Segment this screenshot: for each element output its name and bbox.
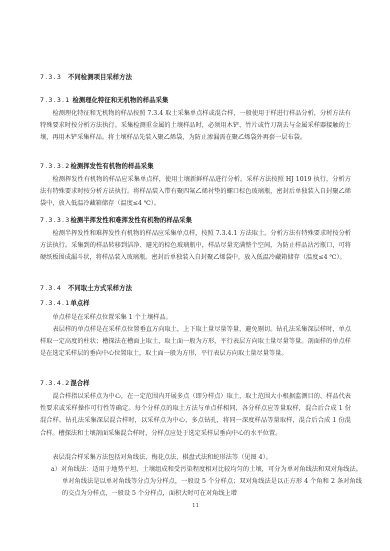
section-title: 不同取土方式采样方法 [68,285,132,292]
section-title: 混合样 [70,380,89,387]
paragraph-7-3-3-1: 检测理化特征和无机物的样品按照 7.3.4 取土采集单点样或混合样，一般使用于样… [40,108,351,145]
section-number: 7.3.3.1 [40,97,70,104]
section-title: 检测理化特征和无机物的样品采集 [72,97,168,104]
paragraph-7-3-4-1-b: 表层样的单点样是在采样点位置垂直方向取土，上下取土量尽量等量，避免剔切。钻孔法采… [40,324,351,361]
list-item-text: 适用于地势平坦、土壤组成和受污染程度相对比较均匀的土壤，可分为单对角线法和双对角… [62,466,362,497]
section-heading-7-3-3: 7.3.3不同检测项目采样方法 [40,72,132,81]
section-heading-7-3-3-3: 7.3.3.3检测半挥发性和难挥发性有机物的样品采集 [40,215,192,224]
section-heading-7-3-3-1: 7.3.3.1检测理化特征和无机物的样品采集 [40,95,168,104]
section-number: 7.3.4.2 [40,380,70,387]
paragraph-7-3-4-2-b: 表层混合样采集方法包括对角线法、梅花点法、棋盘式法和蛇形法等（见图 4）。 [40,452,351,464]
section-title: 不同检测项目采样方法 [68,74,132,81]
section-heading-7-3-4-1: 7.3.4.1单点样 [40,298,90,307]
section-title: 检测挥发性有机物的样品采集 [70,163,153,170]
section-number: 7.3.3.2 [40,163,70,170]
section-heading-7-3-4-2: 7.3.4.2混合样 [40,378,90,387]
paragraph-7-3-4-1-a: 单点样是在采样点位置采集 1 个土壤样品。 [40,312,351,324]
list-marker: a） [51,466,61,473]
section-number: 7.3.4 [40,285,68,292]
page-number: 11 [40,503,351,509]
paragraph-7-3-3-2: 检测挥发性有机物的样品应采集单点样，使用土壤新鲜样品进行分析。采样方法按照 HJ… [40,174,351,211]
section-number: 7.3.4.1 [40,300,70,307]
section-number: 7.3.3.3 [40,217,70,224]
section-number: 7.3.3 [40,74,68,81]
section-heading-7-3-3-2: 7.3.3.2检测挥发性有机物的样品采集 [40,161,154,170]
paragraph-7-3-4-2-a: 混合样指以采样点为中心，在一定范围内开展多点（即分样点）取土，取土范围大小根据监… [40,391,351,440]
list-item-label: 对角线法： [61,466,92,473]
section-title: 检测半挥发性和难挥发性有机物的样品采集 [70,217,192,224]
section-title: 单点样 [70,300,89,307]
section-heading-7-3-4: 7.3.4不同取土方式采样方法 [40,283,132,292]
paragraph-7-3-3-3: 检测半挥发性和难挥发性有机物的样品应采集单点样，按照 7.3.4.1 方法取土。… [40,228,351,265]
list-item-diagonal-method: a）对角线法：适用于地势平坦、土壤组成和受污染程度相对比较均匀的土壤，可分为单对… [51,464,362,501]
